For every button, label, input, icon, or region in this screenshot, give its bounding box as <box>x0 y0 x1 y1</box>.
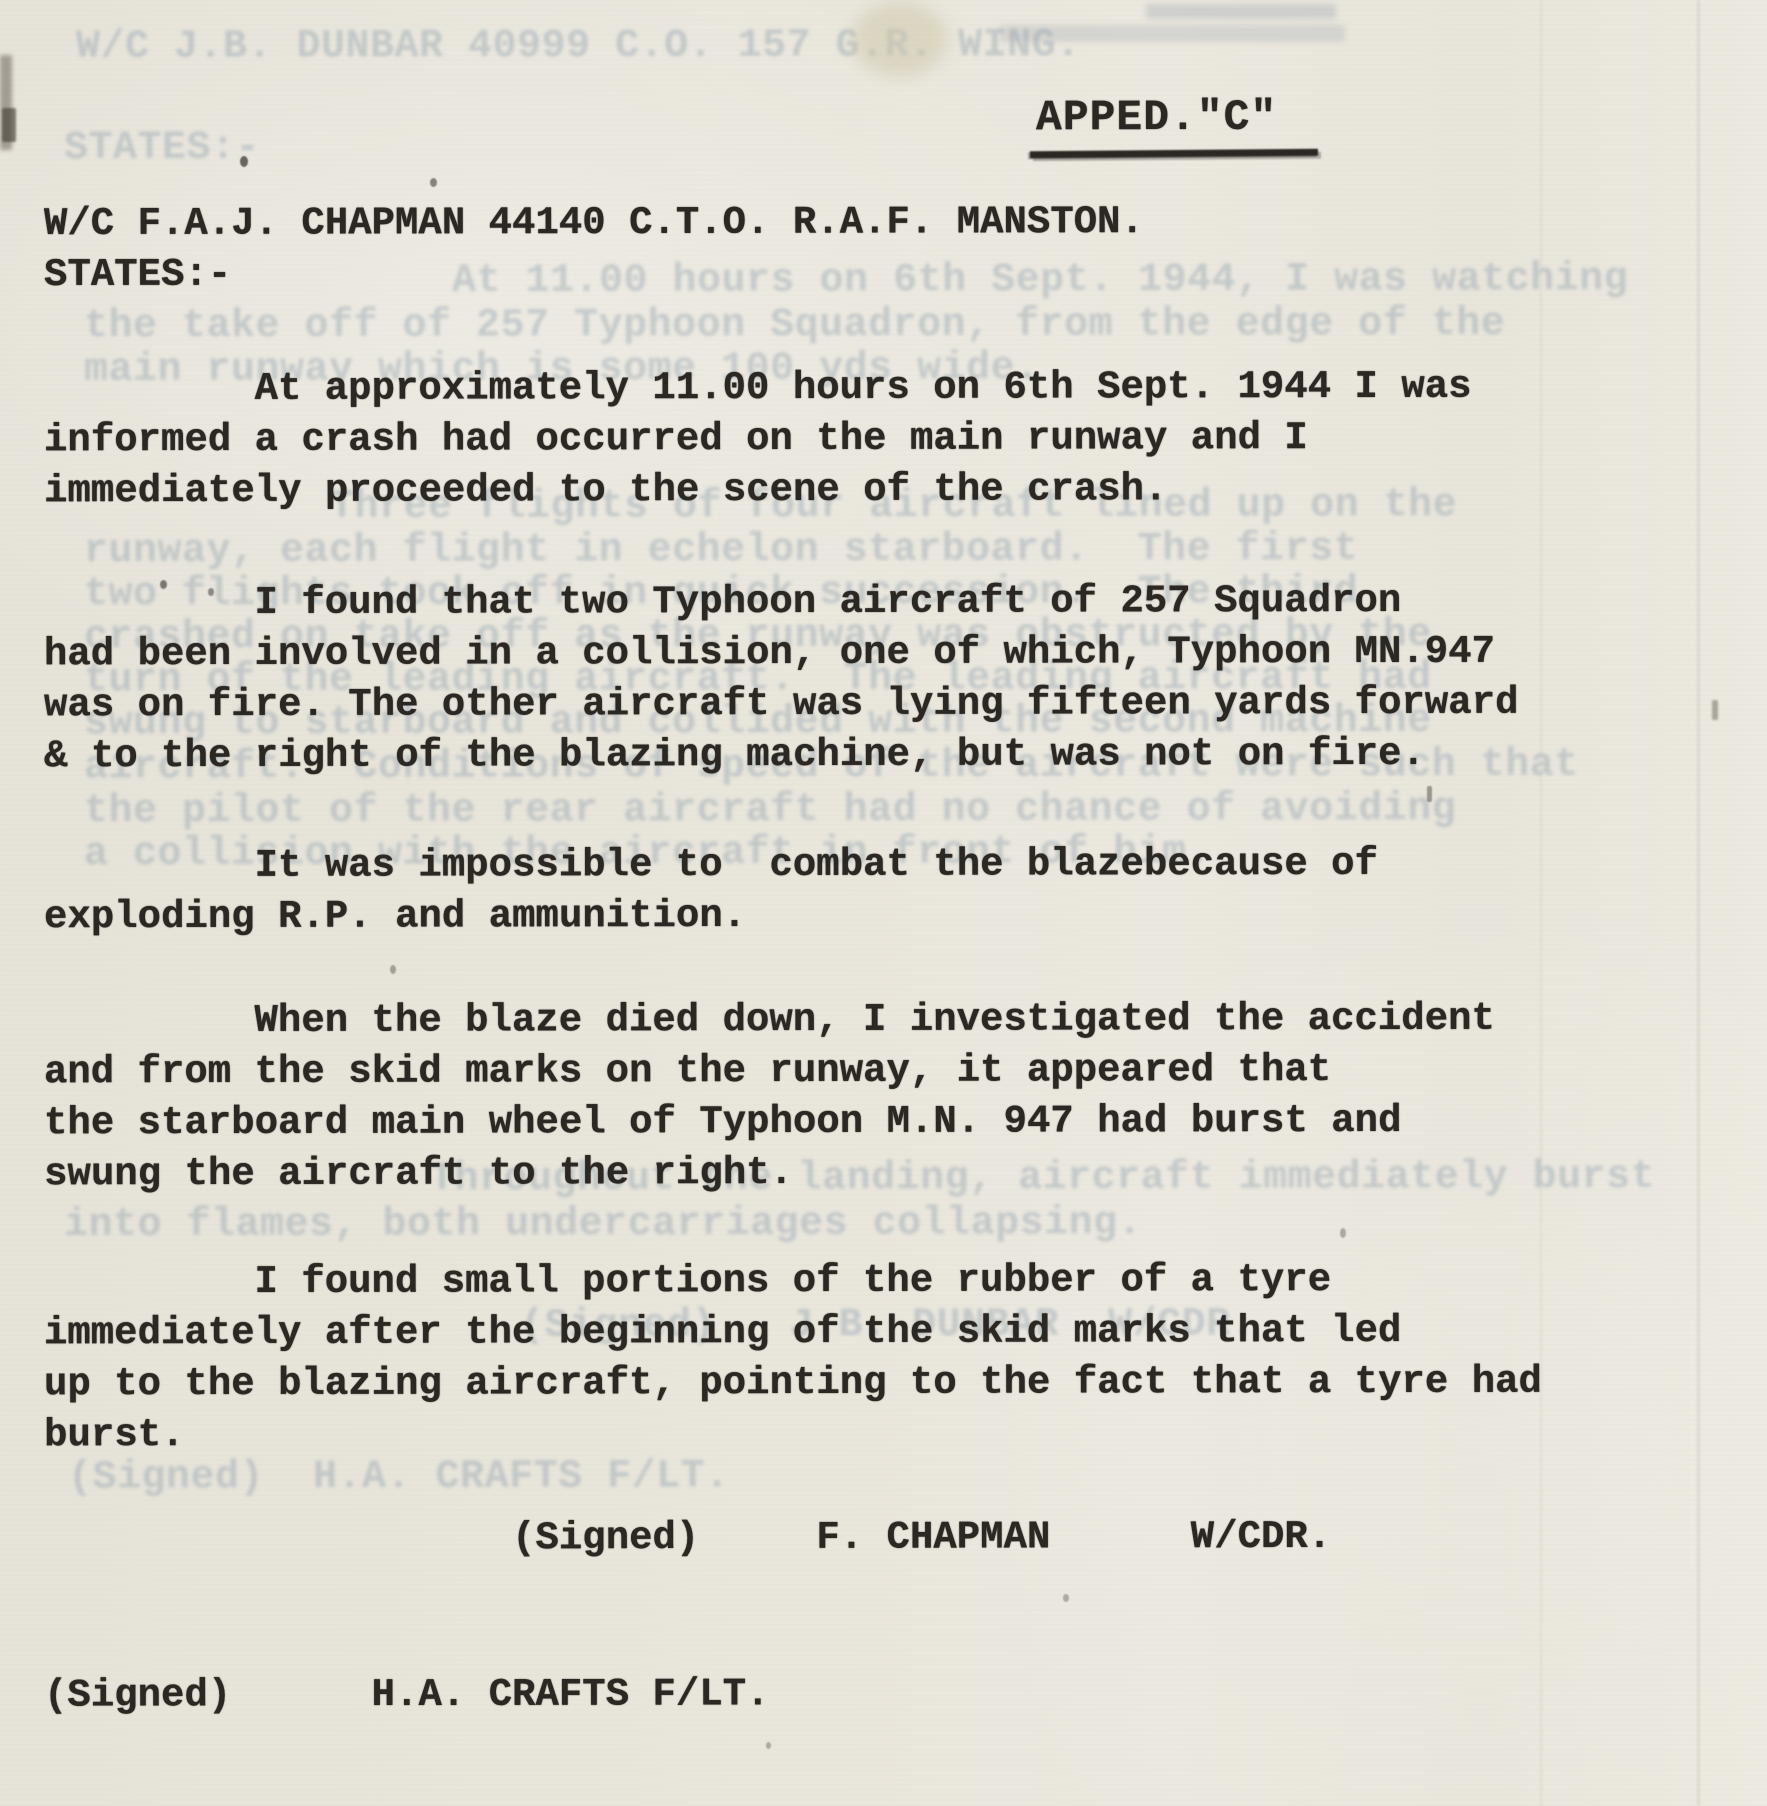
ink-speck <box>1063 1594 1069 1602</box>
ink-speck <box>1712 700 1718 720</box>
ink-speck <box>430 178 437 187</box>
paragraph-3: It was impossible to combat the blazebec… <box>44 839 1378 943</box>
ink-speck <box>390 965 396 974</box>
ink-speck <box>766 1742 771 1749</box>
chapman-signature-line: (Signed) F. CHAPMAN W/CDR. <box>44 1512 1331 1565</box>
ink-speck <box>240 156 248 167</box>
ink-speck <box>1540 0 1542 1806</box>
paragraph-5: I found small portions of the rubber of … <box>44 1255 1542 1462</box>
officer-statement-header: W/C F.A.J. CHAPMAN 44140 C.T.O. R.A.F. M… <box>44 197 1144 301</box>
paragraph-4: When the blaze died down, I investigated… <box>44 994 1495 1201</box>
crafts-signature-line: (Signed) H.A. CRAFTS F/LT. <box>44 1669 770 1721</box>
paragraph-2: I found that two Typhoon aircraft of 257… <box>44 576 1519 783</box>
ink-speck <box>2 108 16 142</box>
paper-stain <box>852 2 947 77</box>
paper-stain <box>1146 4 1336 19</box>
paper-stain <box>1000 25 1345 42</box>
paragraph-1: At approximately 11.00 hours on 6th Sept… <box>44 362 1472 517</box>
appendix-heading: APPED."C" <box>1036 92 1277 143</box>
ink-speck <box>1697 0 1700 1806</box>
ink-speck <box>1427 786 1432 802</box>
ink-speck <box>1340 1228 1346 1238</box>
document-page: W/C J.B. DUNBAR 40999 C.O. 157 G.R. WING… <box>0 0 1767 1806</box>
